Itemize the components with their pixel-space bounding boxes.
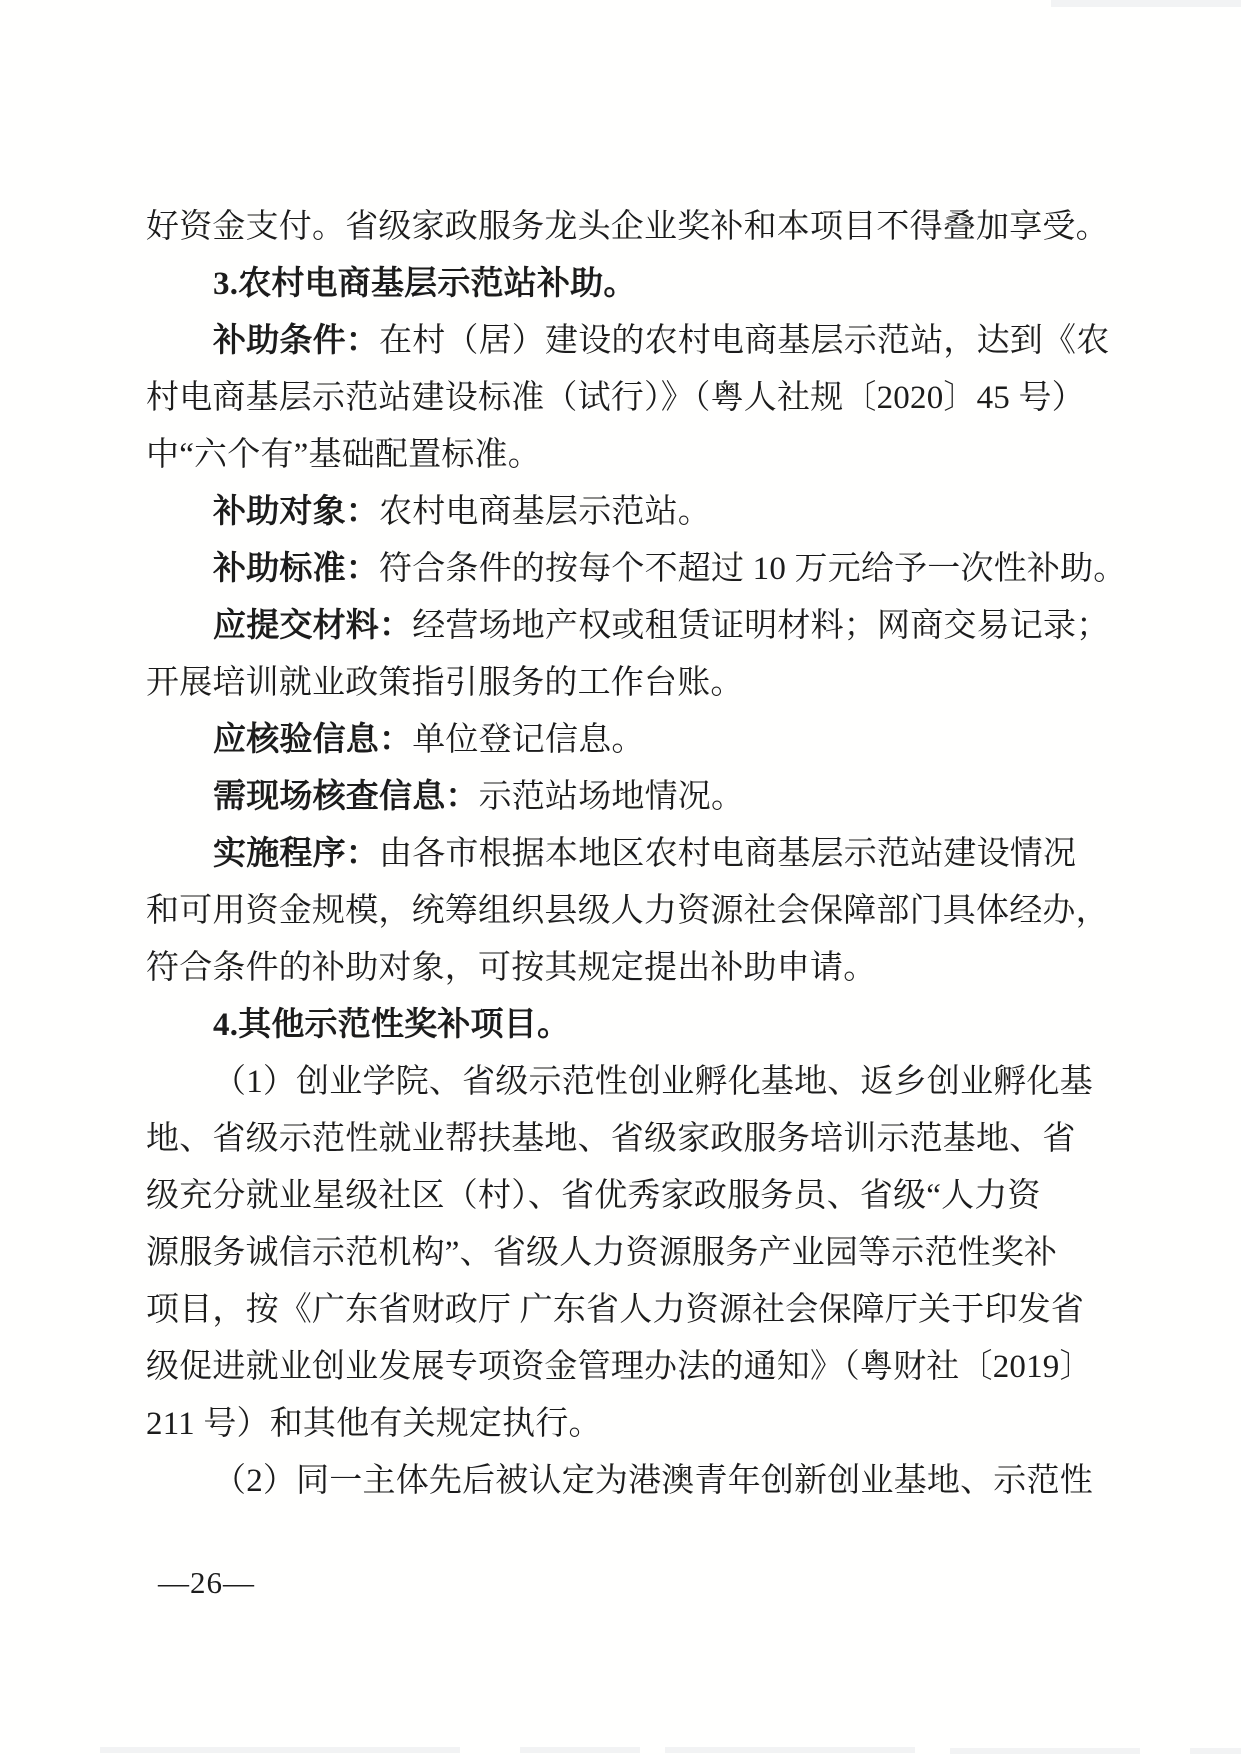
text-segment: 源服务诚信示范机构”、省级人力资源服务产业园等示范性奖补 bbox=[146, 1235, 1057, 1271]
page-number: —26— bbox=[158, 1563, 255, 1603]
text-segment: （2）同一主体先后被认定为港澳青年创新创业基地、示范性 bbox=[213, 1463, 1093, 1499]
text-line: 211 号）和其他有关规定执行。 bbox=[146, 1396, 1131, 1453]
text-line: 符合条件的补助对象，可按其规定提出补助申请。 bbox=[146, 940, 1131, 997]
text-segment: 农村电商基层示范站。 bbox=[379, 494, 711, 530]
text-segment: 符合条件的补助对象，可按其规定提出补助申请。 bbox=[146, 950, 876, 986]
text-segment: 在村（居）建设的农村电商基层示范站，达到《农 bbox=[379, 323, 1109, 359]
text-line: 应提交材料：经营场地产权或租赁证明材料；网商交易记录； bbox=[146, 598, 1131, 655]
text-line: 级促进就业创业发展专项资金管理办法的通知》（粤财社〔2019〕 bbox=[146, 1339, 1131, 1396]
bold-text-segment: 应核验信息： bbox=[213, 722, 412, 758]
scan-artifact bbox=[950, 1748, 1140, 1754]
text-segment: 级充分就业星级社区（村）、省优秀家政服务员、省级“人力资 bbox=[146, 1178, 1041, 1214]
text-line: 地、省级示范性就业帮扶基地、省级家政服务培训示范基地、省 bbox=[146, 1111, 1131, 1168]
text-segment: 地、省级示范性就业帮扶基地、省级家政服务培训示范基地、省 bbox=[146, 1121, 1076, 1157]
scan-artifact bbox=[520, 1747, 640, 1753]
text-segment: 211 号）和其他有关规定执行。 bbox=[146, 1406, 602, 1442]
text-segment: 由各市根据本地区农村电商基层示范站建设情况 bbox=[379, 836, 1076, 872]
bold-text-segment: 需现场核查信息： bbox=[213, 779, 479, 815]
text-segment: 和可用资金规模，统筹组织县级人力资源社会保障部门具体经办， bbox=[146, 893, 1109, 929]
bold-text-segment: 3.农村电商基层示范站补助。 bbox=[213, 266, 637, 302]
text-line: （2）同一主体先后被认定为港澳青年创新创业基地、示范性 bbox=[146, 1453, 1131, 1510]
text-segment: 中“六个有”基础配置标准。 bbox=[146, 437, 541, 473]
scan-artifact bbox=[665, 1747, 915, 1753]
text-segment: 符合条件的按每个不超过 10 万元给予一次性补助。 bbox=[379, 551, 1127, 587]
text-line: 开展培训就业政策指引服务的工作台账。 bbox=[146, 655, 1131, 712]
document-page: 好资金支付。省级家政服务龙头企业奖补和本项目不得叠加享受。3.农村电商基层示范站… bbox=[0, 0, 1241, 1755]
text-segment: 单位登记信息。 bbox=[412, 722, 644, 758]
bold-text-segment: 应提交材料： bbox=[213, 608, 412, 644]
text-segment: 经营场地产权或租赁证明材料；网商交易记录； bbox=[412, 608, 1109, 644]
text-line: 3.农村电商基层示范站补助。 bbox=[146, 256, 1131, 313]
text-line: 中“六个有”基础配置标准。 bbox=[146, 427, 1131, 484]
text-line: 补助对象：农村电商基层示范站。 bbox=[146, 484, 1131, 541]
text-segment: 示范站场地情况。 bbox=[479, 779, 745, 815]
text-line: 补助条件：在村（居）建设的农村电商基层示范站，达到《农 bbox=[146, 313, 1131, 370]
text-line: 源服务诚信示范机构”、省级人力资源服务产业园等示范性奖补 bbox=[146, 1225, 1131, 1282]
bold-text-segment: 补助条件： bbox=[213, 323, 379, 359]
bold-text-segment: 4.其他示范性奖补项目。 bbox=[213, 1007, 570, 1043]
text-block: 好资金支付。省级家政服务龙头企业奖补和本项目不得叠加享受。3.农村电商基层示范站… bbox=[146, 199, 1131, 1510]
text-line: 好资金支付。省级家政服务龙头企业奖补和本项目不得叠加享受。 bbox=[146, 199, 1131, 256]
bold-text-segment: 补助对象： bbox=[213, 494, 379, 530]
text-segment: 好资金支付。省级家政服务龙头企业奖补和本项目不得叠加享受。 bbox=[146, 209, 1109, 245]
text-line: 村电商基层示范站建设标准（试行）》（粤人社规〔2020〕45 号） bbox=[146, 370, 1131, 427]
text-segment: 开展培训就业政策指引服务的工作台账。 bbox=[146, 665, 744, 701]
text-line: 级充分就业星级社区（村）、省优秀家政服务员、省级“人力资 bbox=[146, 1168, 1131, 1225]
scan-artifact bbox=[1190, 1748, 1241, 1754]
text-line: （1）创业学院、省级示范性创业孵化基地、返乡创业孵化基 bbox=[146, 1054, 1131, 1111]
text-line: 补助标准：符合条件的按每个不超过 10 万元给予一次性补助。 bbox=[146, 541, 1131, 598]
text-line: 实施程序：由各市根据本地区农村电商基层示范站建设情况 bbox=[146, 826, 1131, 883]
text-segment: 项目，按《广东省财政厅 广东省人力资源社会保障厅关于印发省 bbox=[146, 1292, 1084, 1328]
bold-text-segment: 实施程序： bbox=[213, 836, 379, 872]
scan-artifact bbox=[1051, 0, 1241, 7]
text-line: 需现场核查信息：示范站场地情况。 bbox=[146, 769, 1131, 826]
scan-artifact bbox=[100, 1747, 460, 1753]
text-line: 和可用资金规模，统筹组织县级人力资源社会保障部门具体经办， bbox=[146, 883, 1131, 940]
text-line: 4.其他示范性奖补项目。 bbox=[146, 997, 1131, 1054]
text-segment: 级促进就业创业发展专项资金管理办法的通知》（粤财社〔2019〕 bbox=[146, 1349, 1093, 1385]
text-segment: 村电商基层示范站建设标准（试行）》（粤人社规〔2020〕45 号） bbox=[146, 380, 1085, 416]
text-line: 项目，按《广东省财政厅 广东省人力资源社会保障厅关于印发省 bbox=[146, 1282, 1131, 1339]
text-segment: （1）创业学院、省级示范性创业孵化基地、返乡创业孵化基 bbox=[213, 1064, 1093, 1100]
text-line: 应核验信息：单位登记信息。 bbox=[146, 712, 1131, 769]
bold-text-segment: 补助标准： bbox=[213, 551, 379, 587]
